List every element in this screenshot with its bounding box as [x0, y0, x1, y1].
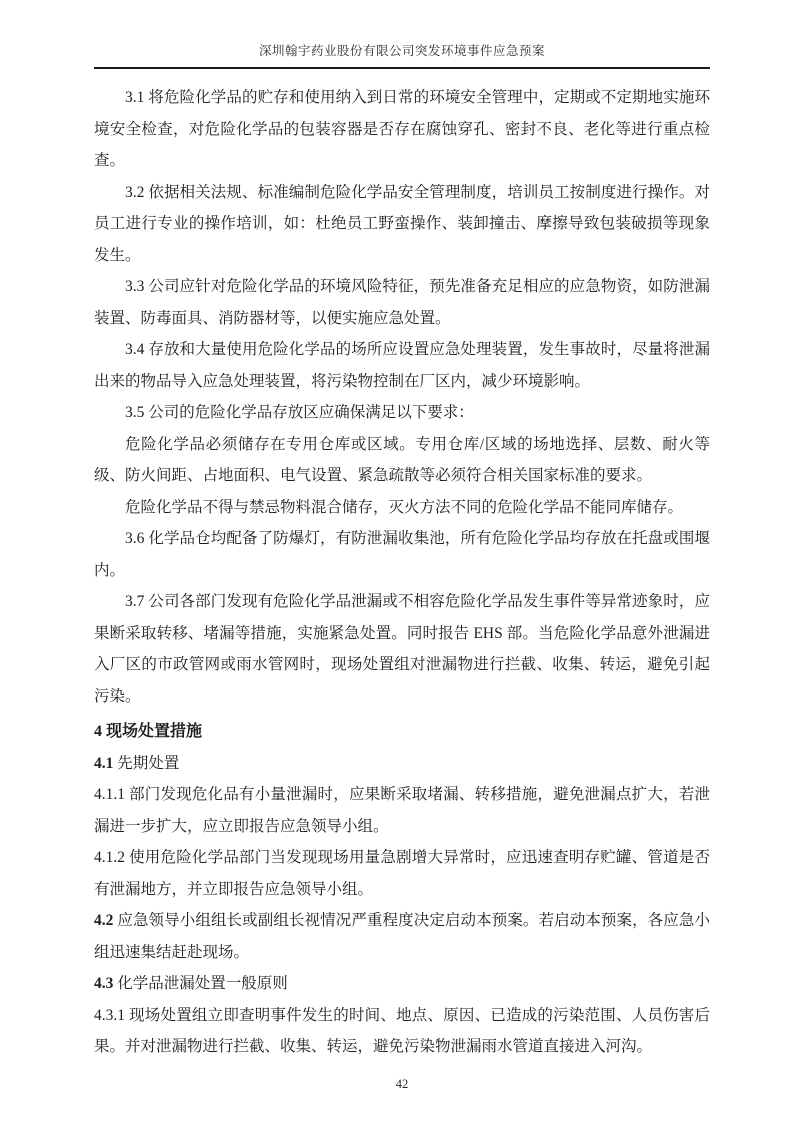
paragraph-3-7: 3.7 公司各部门发现有危险化学品泄漏或不相容危险化学品发生事件等异常迹象时，应…: [94, 586, 710, 712]
paragraph-3-6: 3.6 化学品仓均配备了防爆灯，有防泄漏收集池，所有危险化学品均存放在托盘或围堰…: [94, 523, 710, 586]
header-divider: [94, 67, 710, 69]
paragraph-4-2: 4.2 应急领导小组组长或副组长视情况严重程度决定启动本预案。若启动本预案，各应…: [94, 905, 710, 968]
section-heading-4: 4 现场处置措施: [94, 716, 710, 748]
paragraph-3-2: 3.2 依据相关法规、标准编制危险化学品安全管理制度，培训员工按制度进行操作。对…: [94, 177, 710, 272]
paragraph-3-5: 3.5 公司的危险化学品存放区应确保满足以下要求：: [94, 397, 710, 429]
section-label-4-3: 化学品泄漏处置一般原则: [117, 975, 288, 992]
paragraph-4-1-2: 4.1.2 使用危险化学品部门当发现现场用量急剧增大异常时，应迅速查明存贮罐、管…: [94, 842, 710, 905]
paragraph-3-3: 3.3 公司应针对危险化学品的环境风险特征，预先准备充足相应的应急物资，如防泄漏…: [94, 271, 710, 334]
paragraph-4-2-text: 应急领导小组组长或副组长视情况严重程度决定启动本预案。若启动本预案，各应急小组迅…: [94, 912, 710, 961]
section-heading-4-3: 4.3 化学品泄漏处置一般原则: [94, 968, 710, 1000]
document-page: 深圳翰宇药业股份有限公司突发环境事件应急预案 3.1 将危险化学品的贮存和使用纳…: [0, 0, 800, 1131]
paragraph-3-5-storage-requirements: 危险化学品必须储存在专用仓库或区域。专用仓库/区域的场地选择、层数、耐火等级、防…: [94, 429, 710, 492]
document-body: 3.1 将危险化学品的贮存和使用纳入到日常的环境安全管理中，定期或不定期地实施环…: [94, 82, 710, 1063]
section-number-4-2: 4.2: [94, 912, 113, 929]
paragraph-3-1: 3.1 将危险化学品的贮存和使用纳入到日常的环境安全管理中，定期或不定期地实施环…: [94, 82, 710, 177]
section-number-4-3: 4.3: [94, 975, 113, 992]
section-heading-4-1: 4.1 先期处置: [94, 748, 710, 780]
document-header-title: 深圳翰宇药业股份有限公司突发环境事件应急预案: [94, 42, 710, 60]
paragraph-3-5-incompatible-storage: 危险化学品不得与禁忌物料混合储存，灭火方法不同的危险化学品不能同库储存。: [94, 492, 710, 524]
section-number-4-1: 4.1: [94, 755, 113, 772]
paragraph-4-1-1: 4.1.1 部门发现危化品有小量泄漏时，应果断采取堵漏、转移措施，避免泄漏点扩大…: [94, 779, 710, 842]
paragraph-3-4: 3.4 存放和大量使用危险化学品的场所应设置应急处理装置，发生事故时，尽量将泄漏…: [94, 334, 710, 397]
paragraph-4-3-1: 4.3.1 现场处置组立即查明事件发生的时间、地点、原因、已造成的污染范围、人员…: [94, 1000, 710, 1063]
page-number: 42: [94, 1077, 710, 1092]
section-label-4-1: 先期处置: [117, 755, 179, 772]
